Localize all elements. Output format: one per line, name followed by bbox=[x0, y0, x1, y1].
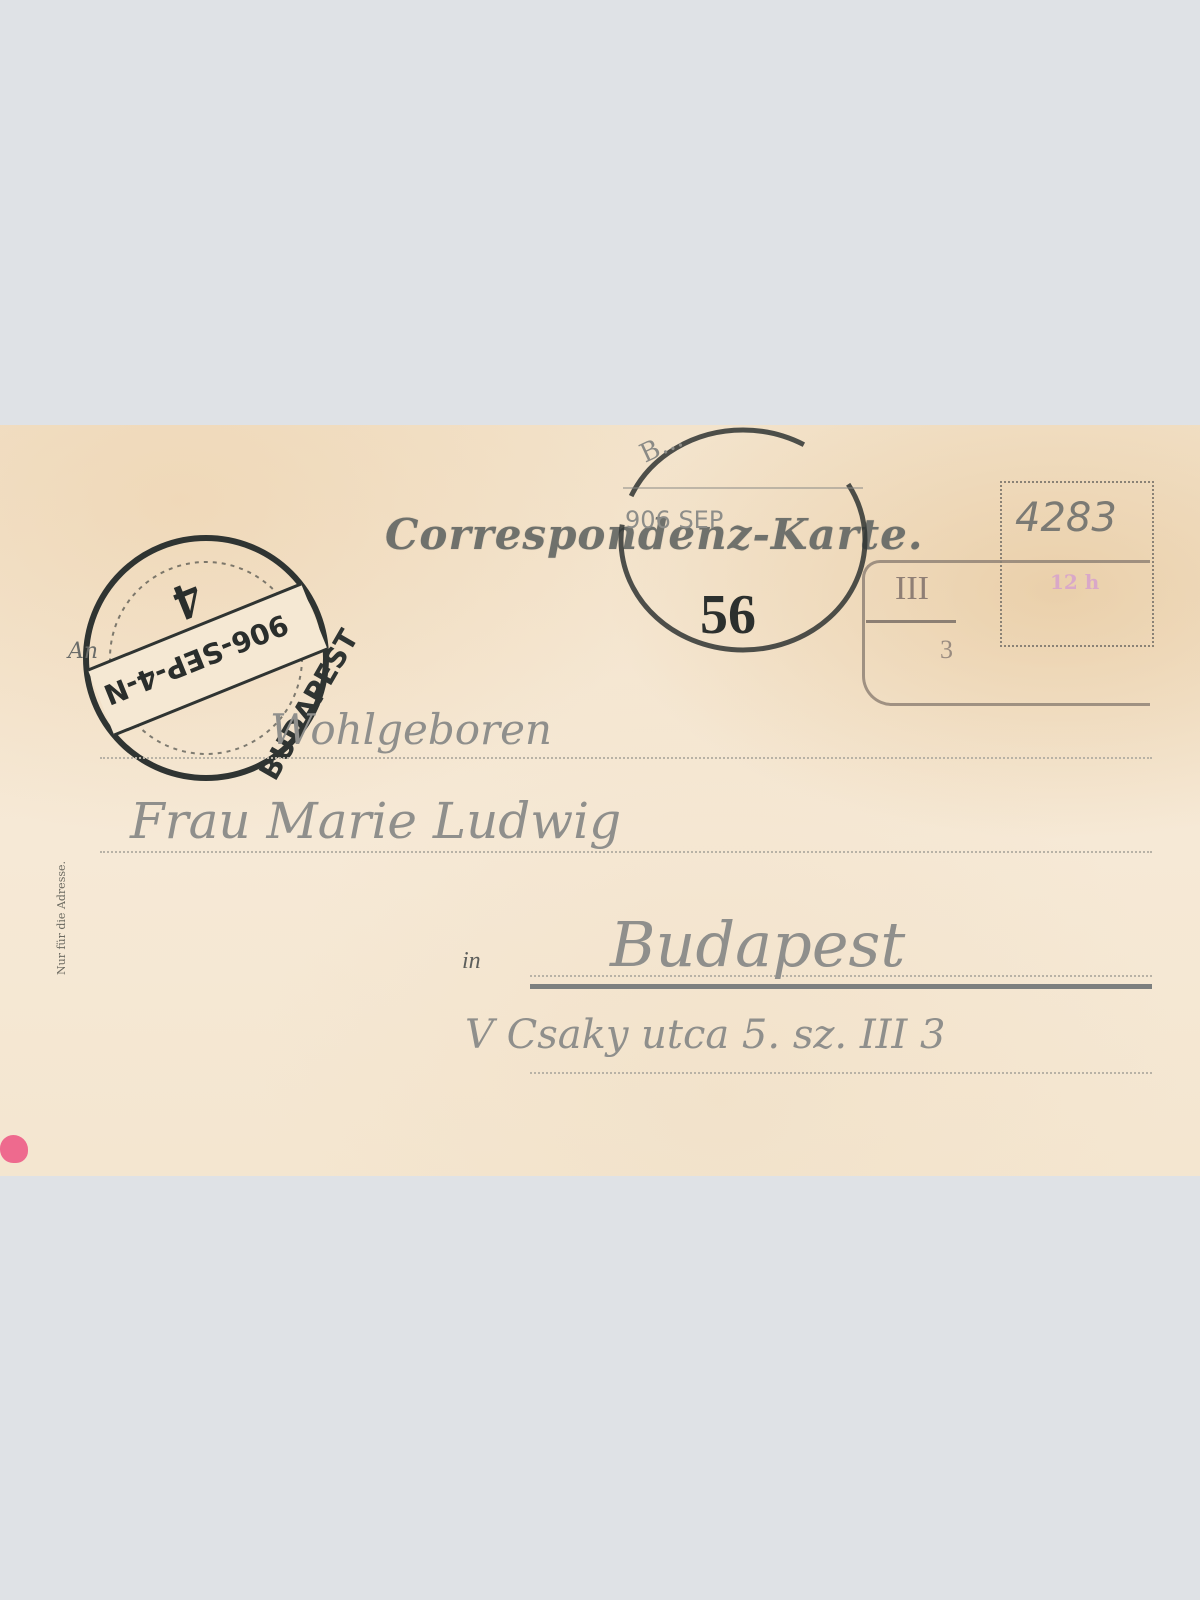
handwritten-line-2: Frau Marie Ludwig bbox=[130, 792, 621, 850]
address-line-1 bbox=[100, 757, 1152, 759]
inventory-number: 4283 bbox=[1015, 495, 1117, 541]
handwritten-city: Budapest bbox=[610, 908, 905, 981]
registration-roman: III bbox=[895, 570, 929, 608]
postmark-top-icon: B... 906 SEP 56 bbox=[615, 428, 870, 653]
address-line-4 bbox=[530, 1072, 1152, 1074]
pink-ink-mark bbox=[0, 1135, 28, 1163]
salutation-an: An bbox=[66, 639, 98, 664]
address-line-3-solid bbox=[530, 984, 1152, 989]
handwritten-line-1: Wohlgeboren bbox=[270, 705, 552, 754]
postmark-top-number: 56 bbox=[700, 584, 756, 646]
handwritten-line-4: V Csaky utca 5. sz. III 3 bbox=[465, 1012, 945, 1058]
printed-in-label: in bbox=[462, 948, 481, 975]
registration-number: 3 bbox=[940, 635, 953, 665]
postmark-top-city: B... bbox=[635, 424, 687, 470]
registration-divider bbox=[866, 620, 956, 623]
price-mark: 12 h bbox=[1050, 570, 1099, 594]
postmark-top-date: 906 SEP bbox=[625, 506, 723, 534]
address-line-2 bbox=[100, 851, 1152, 853]
address-side-label: Nur für die Adresse. bbox=[55, 861, 68, 975]
postmark-left-number: 4 bbox=[165, 569, 210, 632]
